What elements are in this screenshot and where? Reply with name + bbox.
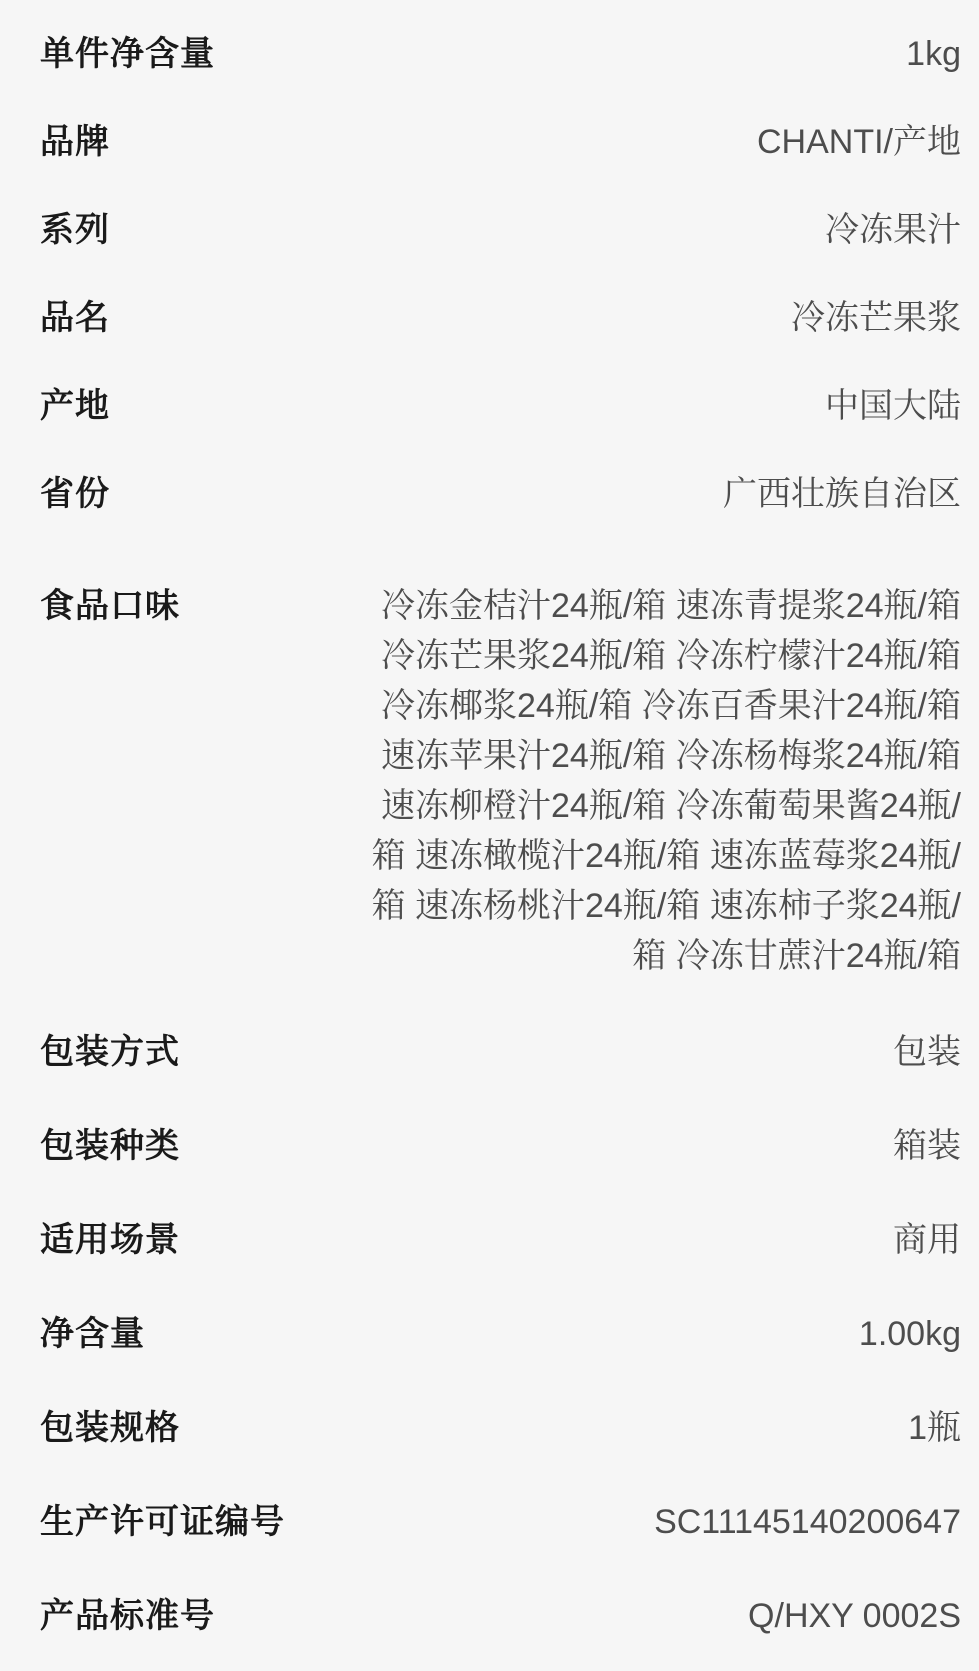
spec-label-product-standard-number: 产品标准号 [40, 1598, 215, 1634]
spec-row-province: 省份 广西壮族自治区 [40, 450, 961, 538]
flavor-line: 冷冻芒果浆24瓶/箱 冷冻柠檬汁24瓶/箱 [321, 631, 961, 681]
spec-row-net-content: 净含量 1.00kg [40, 1287, 961, 1381]
flavor-line: 速冻苹果汁24瓶/箱 冷冻杨梅浆24瓶/箱 [321, 731, 961, 781]
spec-label-series: 系列 [40, 212, 110, 248]
spec-row-origin: 产地 中国大陆 [40, 362, 961, 450]
spec-row-production-license-number: 生产许可证编号 SC11145140200647 [40, 1475, 961, 1569]
spec-value-unit-net-content: 1kg [245, 36, 961, 72]
spec-label-usage-scenario: 适用场景 [40, 1222, 180, 1258]
spec-label-flavors: 食品口味 [40, 588, 180, 624]
spec-label-product-name: 品名 [40, 300, 110, 336]
spec-row-flavors: 食品口味 冷冻金桔汁24瓶/箱 速冻青提浆24瓶/箱 冷冻芒果浆24瓶/箱 冷冻… [40, 538, 961, 1005]
spec-value-packaging-method: 包装 [210, 1034, 961, 1070]
flavor-line: 箱 冷冻甘蔗汁24瓶/箱 [321, 931, 961, 981]
spec-value-production-license-number: SC11145140200647 [315, 1504, 961, 1540]
spec-row-brand: 品牌 CHANTI/产地 [40, 98, 961, 186]
spec-row-usage-scenario: 适用场景 商用 [40, 1193, 961, 1287]
spec-value-province: 广西壮族自治区 [140, 476, 961, 512]
product-spec-table: 单件净含量 1kg 品牌 CHANTI/产地 系列 冷冻果汁 品名 冷冻芒果浆 … [0, 0, 979, 1663]
spec-row-packaging-method: 包装方式 包装 [40, 1005, 961, 1099]
spec-label-unit-net-content: 单件净含量 [40, 36, 215, 72]
flavor-line: 速冻柳橙汁24瓶/箱 冷冻葡萄果酱24瓶/ [321, 781, 961, 831]
spec-label-packaging-type: 包装种类 [40, 1128, 180, 1164]
flavor-line: 冷冻金桔汁24瓶/箱 速冻青提浆24瓶/箱 [321, 581, 961, 631]
spec-value-packaging-spec: 1瓶 [210, 1410, 961, 1446]
flavor-line: 箱 速冻杨桃汁24瓶/箱 速冻柿子浆24瓶/ [321, 881, 961, 931]
spec-value-net-content: 1.00kg [175, 1316, 961, 1352]
spec-label-origin: 产地 [40, 388, 110, 424]
spec-row-packaging-spec: 包装规格 1瓶 [40, 1381, 961, 1475]
spec-row-product-standard-number: 产品标准号 Q/HXY 0002S [40, 1569, 961, 1663]
spec-row-product-name: 品名 冷冻芒果浆 [40, 274, 961, 362]
spec-value-flavors: 冷冻金桔汁24瓶/箱 速冻青提浆24瓶/箱 冷冻芒果浆24瓶/箱 冷冻柠檬汁24… [321, 581, 961, 981]
flavor-line: 冷冻椰浆24瓶/箱 冷冻百香果汁24瓶/箱 [321, 681, 961, 731]
spec-value-series: 冷冻果汁 [140, 212, 961, 248]
spec-value-product-standard-number: Q/HXY 0002S [245, 1598, 961, 1634]
spec-value-packaging-type: 箱装 [210, 1128, 961, 1164]
spec-value-brand: CHANTI/产地 [140, 124, 961, 160]
spec-label-net-content: 净含量 [40, 1316, 145, 1352]
spec-value-usage-scenario: 商用 [210, 1222, 961, 1258]
spec-value-origin: 中国大陆 [140, 388, 961, 424]
spec-value-product-name: 冷冻芒果浆 [140, 300, 961, 336]
spec-label-production-license-number: 生产许可证编号 [40, 1504, 285, 1540]
flavor-line: 箱 速冻橄榄汁24瓶/箱 速冻蓝莓浆24瓶/ [321, 831, 961, 881]
spec-label-brand: 品牌 [40, 124, 110, 160]
spec-row-packaging-type: 包装种类 箱装 [40, 1099, 961, 1193]
spec-row-series: 系列 冷冻果汁 [40, 186, 961, 274]
spec-row-unit-net-content: 单件净含量 1kg [40, 10, 961, 98]
spec-label-province: 省份 [40, 476, 110, 512]
spec-label-packaging-method: 包装方式 [40, 1034, 180, 1070]
spec-label-packaging-spec: 包装规格 [40, 1410, 180, 1446]
